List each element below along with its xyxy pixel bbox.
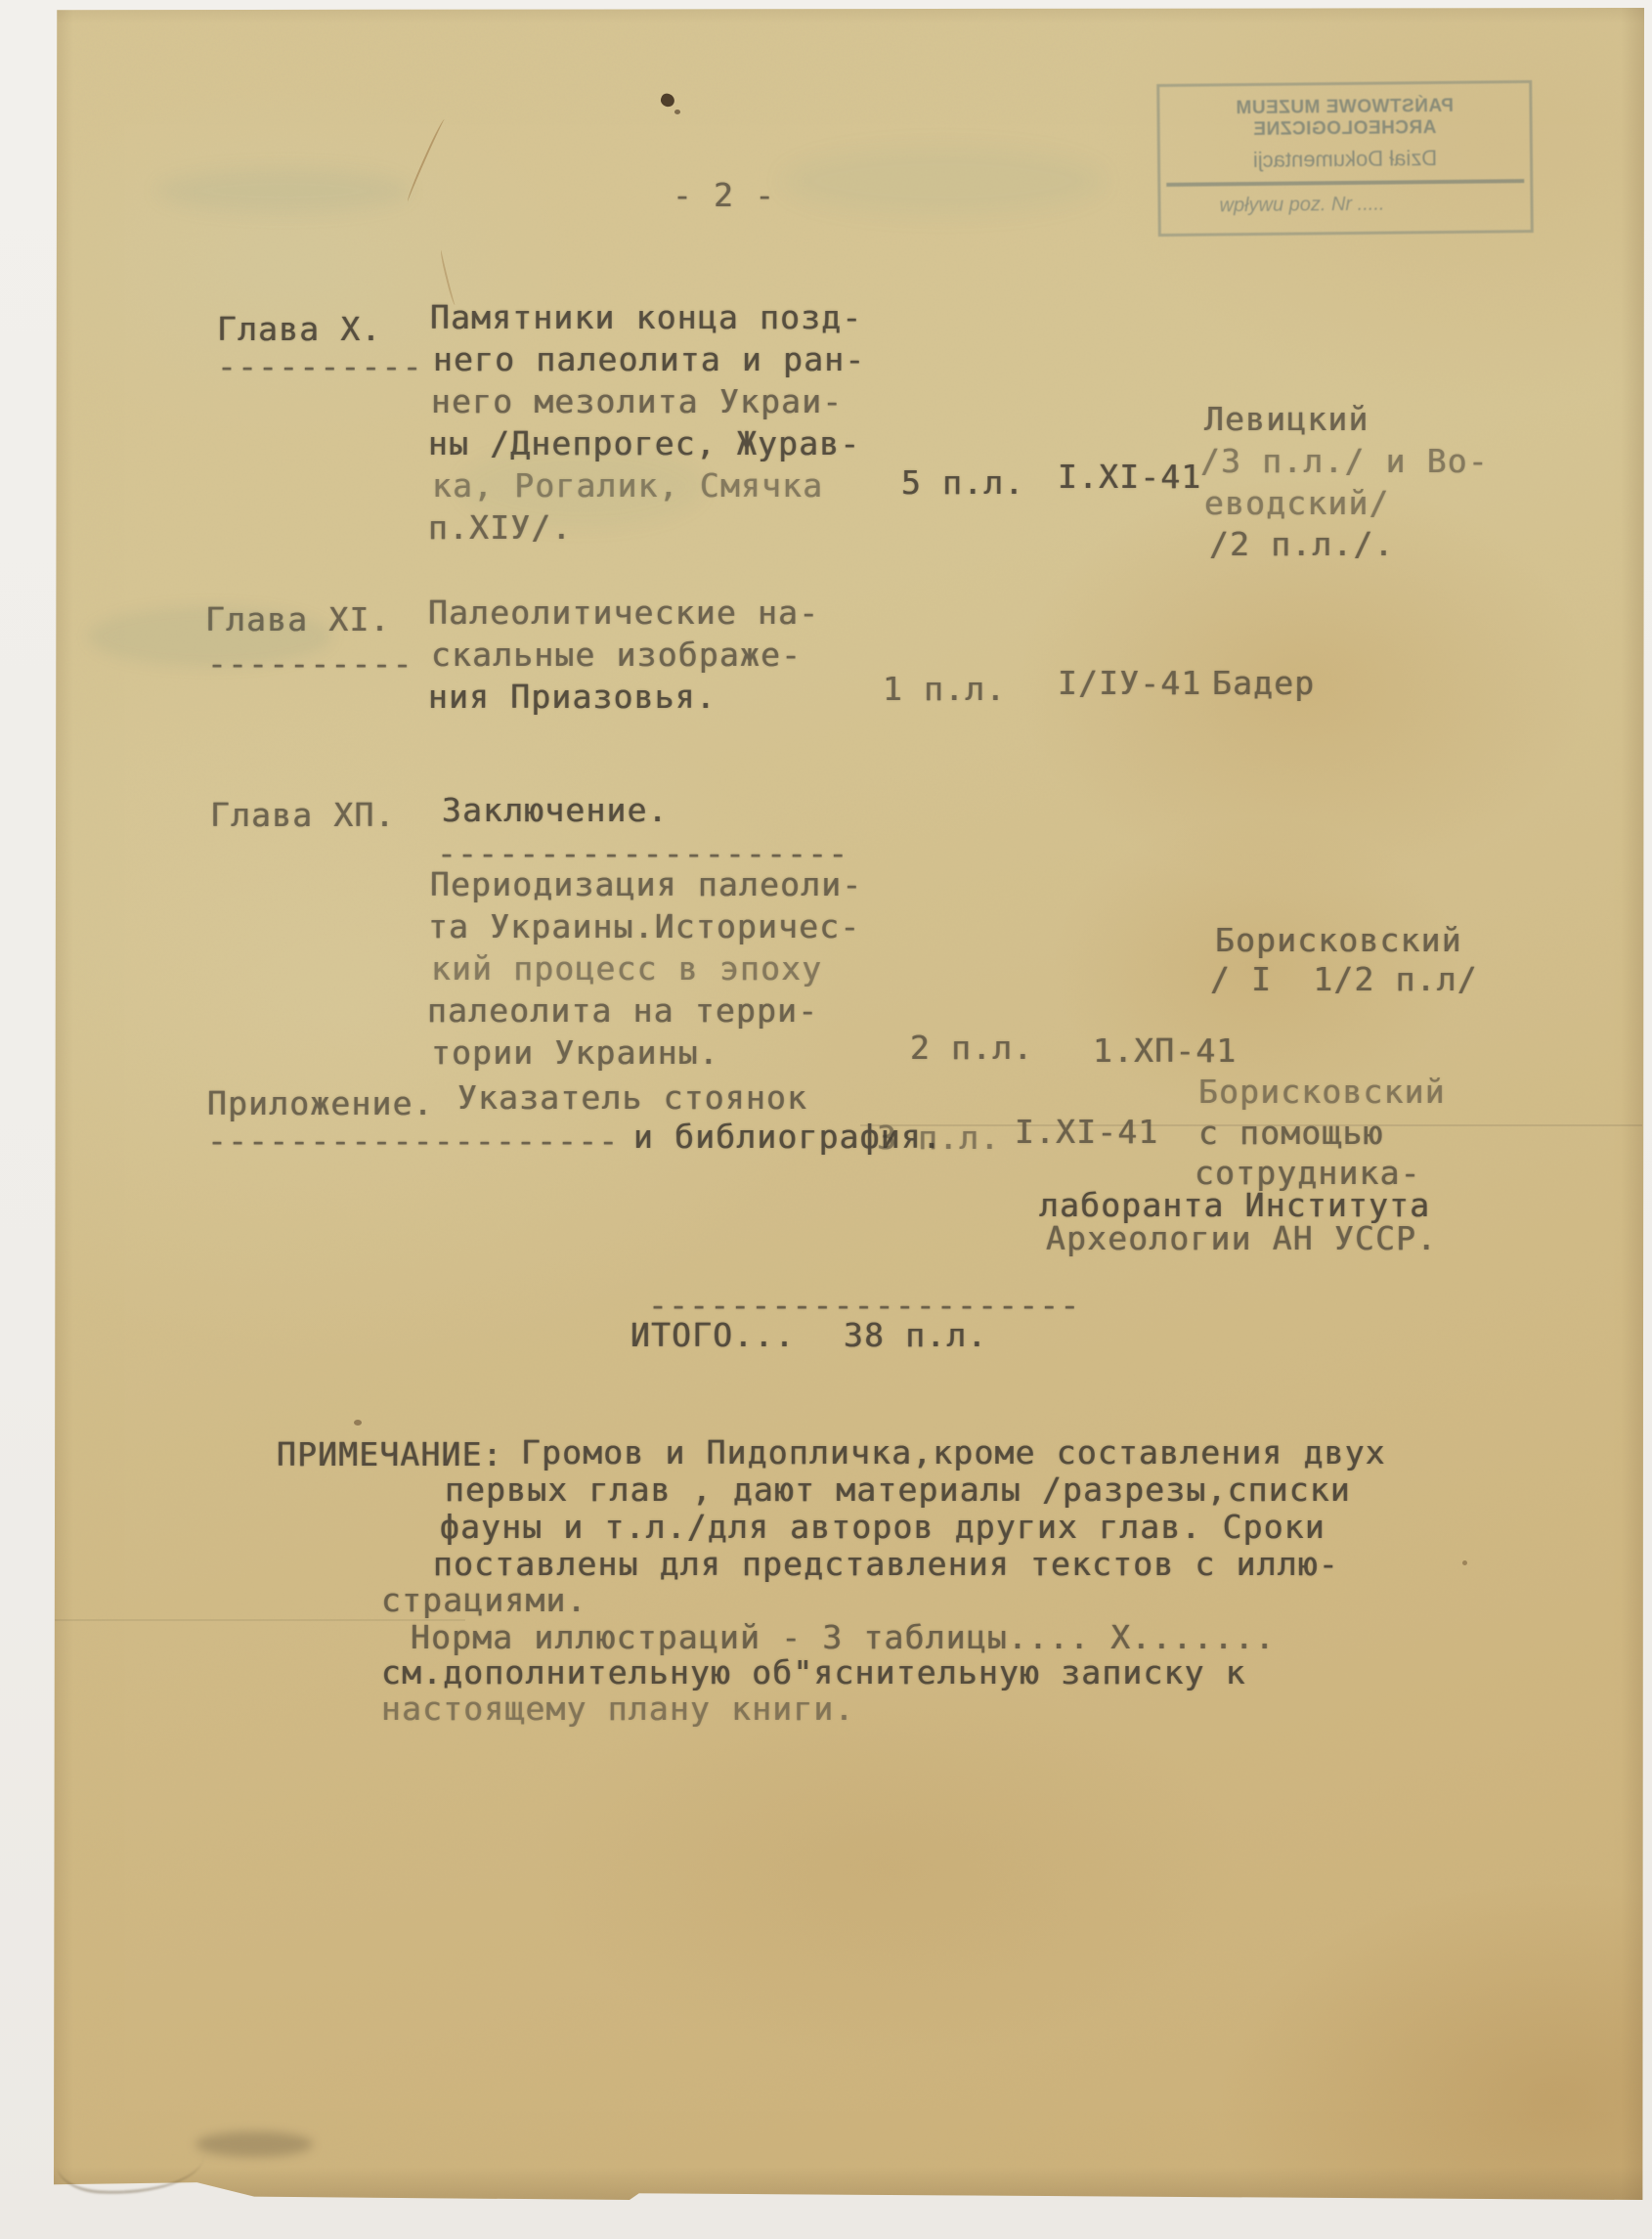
appendix-author-line-4: лаборанта Института — [1039, 1189, 1430, 1221]
chapter-12-desc-line-4: палеолита на терри- — [427, 994, 818, 1027]
typewritten-text-layer: - 2 - Глава X. ---------- Памятники конц… — [0, 0, 1652, 2239]
ink-bleed-smudge — [156, 168, 411, 213]
chapter-11-label: Глава XI. — [205, 603, 391, 636]
ink-speck — [1462, 1560, 1467, 1565]
note-line-7: см.дополнительную об"яснительную записку… — [381, 1656, 1246, 1689]
chapter-10-desc-line-4: ны /Днепрогес, Журав- — [428, 427, 860, 460]
chapter-11-desc-line-1: Палеолитические на- — [428, 596, 819, 629]
appendix-author-line-2: с помощью — [1198, 1117, 1384, 1149]
chapter-11-author: Бадер — [1212, 667, 1315, 699]
chapter-10-author-line-4: /2 п.л./. — [1209, 528, 1395, 560]
note-line-1: Громов и Пидопличка,кроме составления дв… — [521, 1436, 1386, 1469]
folded-corner-crease — [56, 2147, 204, 2199]
chapter-10-desc-line-2: него палеолита и ран- — [433, 343, 865, 375]
chapter-12-date: 1.ХП-41 — [1093, 1034, 1237, 1067]
chapter-10-desc-line-3: него мезолита Украи- — [431, 385, 843, 417]
chapter-11-label-underline: ---------- — [207, 647, 413, 680]
chapter-12-desc-line-3: кий процесс в эпоху — [431, 952, 822, 985]
chapter-10-author-line-2: /3 п.л./ и Во- — [1200, 445, 1489, 477]
note-line-6: Норма иллюстраций - 3 таблицы.... Х.....… — [411, 1621, 1276, 1653]
appendix-desc-line-1: Указатель стоянок — [457, 1081, 807, 1114]
paper-fiber — [406, 118, 448, 202]
appendix-author-line-5: Археологии АН УССР. — [1046, 1222, 1437, 1254]
chapter-12-volume: 2 п.л. — [910, 1032, 1033, 1064]
chapter-12-desc-line-5: тории Украины. — [431, 1036, 719, 1069]
chapter-10-desc-line-5: ка, Рогалик, Смячка — [432, 469, 823, 502]
chapter-12-label: Глава ХП. — [210, 799, 396, 831]
fold-crease-line — [55, 1619, 465, 1621]
chapter-10-date: I.XI-41 — [1058, 461, 1201, 493]
appendix-label-underline: -------------------- — [207, 1124, 619, 1157]
scanned-document-page: PAŃSTWOWE MUZEUM ARCHEOLOGICZNE Dział Do… — [0, 0, 1652, 2239]
fold-crease-line — [860, 1124, 1642, 1126]
chapter-10-desc-line-6: п.XIУ/. — [428, 511, 572, 544]
appendix-author-line-1: Борисковский — [1198, 1076, 1446, 1108]
chapter-11-volume: 1 п.л. — [883, 673, 1006, 705]
page-number: - 2 - — [673, 179, 775, 211]
chapter-10-label: Глава X. — [217, 313, 382, 345]
appendix-author-line-3: сотрудника- — [1195, 1157, 1421, 1189]
chapter-10-label-underline: ---------- — [217, 350, 423, 382]
ink-speck — [659, 92, 676, 109]
appendix-label: Приложение. — [207, 1087, 434, 1119]
appendix-date: I.XI-41 — [1015, 1116, 1158, 1148]
note-label: ПРИМЕЧАНИЕ: — [277, 1438, 503, 1471]
total-value: 38 п.л. — [844, 1319, 987, 1351]
note-line-8: настоящему плану книги. — [381, 1692, 855, 1725]
note-line-4: поставлены для представления текстов с и… — [433, 1548, 1339, 1580]
ink-bleed-smudge — [782, 147, 1105, 215]
note-line-3: фауны и т.л./для авторов других глав. Ср… — [440, 1511, 1326, 1543]
chapter-12-author-line-1: Борисковский — [1215, 924, 1462, 956]
chapter-11-desc-line-3: ния Приазовья. — [428, 680, 717, 713]
ink-speck — [354, 1420, 362, 1426]
total-label: ИТОГО... — [630, 1319, 796, 1351]
chapter-12-desc-line-2: та Украины.Историчес- — [428, 910, 860, 943]
chapter-12-desc-line-1: Периодизация палеоли- — [430, 868, 862, 900]
note-line-5: страциями. — [381, 1584, 587, 1616]
chapter-10-desc-line-1: Памятники конца позд- — [430, 301, 862, 333]
chapter-10-author-line-1: Левицкий — [1204, 403, 1369, 435]
chapter-11-desc-line-2: скальные изображе- — [431, 638, 802, 671]
chapter-12-author-line-2: / I 1/2 п.л/ — [1210, 963, 1478, 995]
fold-shadow — [196, 2131, 313, 2157]
chapter-10-author-line-3: еводский/ — [1204, 487, 1390, 519]
chapter-11-date: I/IУ-41 — [1058, 667, 1201, 699]
ink-speck — [674, 110, 680, 114]
chapter-10-volume: 5 п.л. — [901, 466, 1024, 499]
note-line-2: первых глав , дают материалы /разрезы,сп… — [445, 1473, 1351, 1506]
chapter-12-title: Заключение. — [442, 794, 669, 826]
